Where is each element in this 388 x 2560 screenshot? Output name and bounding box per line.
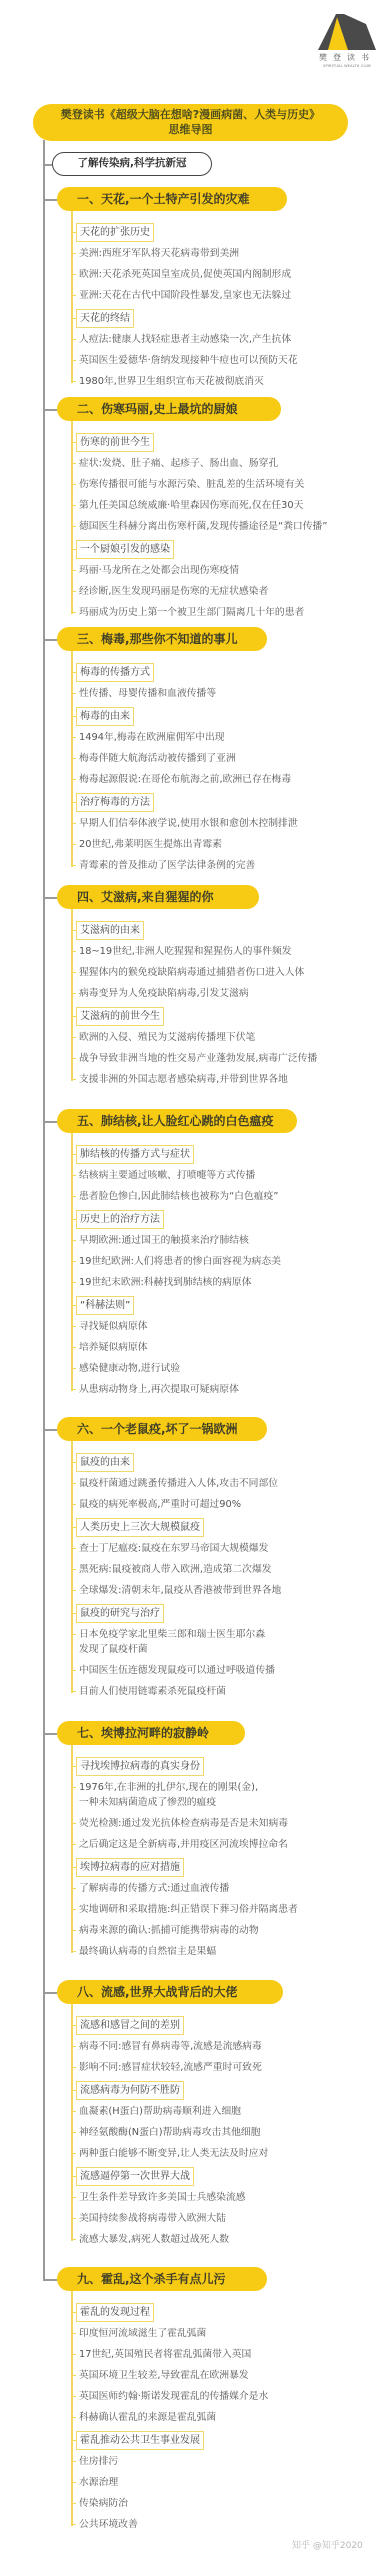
list-item: 从患病动物身上,再次提取可疑病原体 xyxy=(79,1382,239,1397)
subtopic-heading: 艾滋病的由来 xyxy=(76,921,144,940)
list-item: 日本免疫学家北里柴三郎和瑞士医生耶尔森 发现了鼠疫杆菌 xyxy=(79,1627,265,1657)
list-item: 亚洲:天花在古代中国阶段性暴发,皇家也无法躲过 xyxy=(79,288,291,303)
list-item: 两种蛋白能够不断变异,让人类无法及时应对 xyxy=(79,2146,268,2161)
list-item: 梅毒起源假说:在哥伦布航海之前,欧洲已存在梅毒 xyxy=(79,772,291,787)
list-item: 目前人们使用链霉素杀死鼠疫杆菌 xyxy=(79,1684,226,1699)
list-item: 黑死病:鼠疫被商人带入欧洲,造成第二次爆发 xyxy=(79,1562,272,1577)
section-branch-line xyxy=(71,2291,73,2526)
list-item: 19世纪末欧洲:科赫找到肺结核的病原体 xyxy=(79,1275,252,1290)
list-item: 培养疑似病原体 xyxy=(79,1340,148,1355)
list-item: 经诊断,医生发现玛丽是伤寒的无症状感染者 xyxy=(79,584,268,599)
list-item: 查士丁尼瘟疫:鼠疫在东罗马帝国大规模爆发 xyxy=(79,1541,268,1556)
section-title-9: 九、霍乱,这个杀手有点儿污 xyxy=(57,2267,267,2291)
mindmap-title: 樊登读书《超级大脑在想啥?漫画病菌、人类与历史》 思维导图 xyxy=(33,104,348,141)
section-title-4: 四、艾滋病,来自猩猩的你 xyxy=(57,885,259,909)
section-branch-line xyxy=(71,1133,73,1391)
list-item: 美洲:西班牙军队将天花病毒带到美洲 xyxy=(79,246,239,261)
subtopic-heading: 治疗梅毒的方法 xyxy=(76,793,154,812)
list-item: 梅毒伴随大航海活动被传播到了亚洲 xyxy=(79,751,236,766)
list-item: 实地调研和采取措施:纠正错误下葬习俗并隔离患者 xyxy=(79,1902,298,1917)
list-item: 病毒不同:感冒有鼻病毒等,流感是流感病毒 xyxy=(79,2039,262,2054)
list-item: 传染病防治 xyxy=(79,2496,128,2511)
list-item: 科赫确认霍乱的来源是霍乱弧菌 xyxy=(79,2410,216,2425)
list-item: 19世纪欧洲:人们将患者的惨白面容视为病态美 xyxy=(79,1254,281,1269)
list-item: 青霉素的普及推动了医学法律条例的完善 xyxy=(79,858,255,873)
subtitle-connector xyxy=(43,164,52,166)
list-item: 卫生条件差导致许多美国士兵感染流感 xyxy=(79,2190,246,2205)
list-item: 荧光检测:通过发光抗体检查病毒是否是未知病毒 xyxy=(79,1816,288,1831)
list-item: 中国医生伍连德发现鼠疫可以通过呼吸道传播 xyxy=(79,1663,275,1678)
section-branch-line xyxy=(71,421,73,614)
subtopic-heading: “科赫法则” xyxy=(76,1296,134,1315)
list-item: 感染健康动物,进行试验 xyxy=(79,1361,180,1376)
subtopic-heading: 霍乱推动公共卫生事业发展 xyxy=(76,2431,204,2450)
subtopic-heading: 霍乱的发现过程 xyxy=(76,2303,154,2322)
section-title-3: 三、梅毒,那些你不知道的事儿 xyxy=(57,627,267,651)
subtopic-heading: 梅毒的传播方式 xyxy=(76,663,154,682)
list-item: 英国医师约翰·斯诺发现霍乱的传播媒介是水 xyxy=(79,2389,268,2404)
list-item: 欧洲的入侵、殖民为艾滋病传播埋下伏笔 xyxy=(79,1030,255,1045)
list-item: 病毒变异为人免疫缺陷病毒,引发艾滋病 xyxy=(79,986,249,1001)
list-item: 1976年,在非洲的扎伊尔,现在的刚果(金), 一种未知病菌造成了惨烈的瘟疫 xyxy=(79,1780,258,1810)
list-item: 英国医生爱德华·詹纳发现接种牛痘也可以预防天花 xyxy=(79,353,298,368)
list-item: 17世纪,英国殖民者将霍乱弧菌带入英国 xyxy=(79,2347,251,2362)
mountain-logo-icon xyxy=(314,10,380,52)
list-item: 患者脸色惨白,因此肺结核也被称为“白色瘟疫” xyxy=(79,1189,278,1204)
list-item: 支援非洲的外国志愿者感染病毒,并带到世界各地 xyxy=(79,1072,288,1087)
list-item: 了解病毒的传播方式:通过血液传播 xyxy=(79,1881,229,1896)
main-branch-line xyxy=(43,140,45,2279)
list-item: 血凝素(H蛋白)帮助病毒顺利进入细胞 xyxy=(79,2104,241,2119)
subtopic-heading: 人类历史上三次大规模鼠疫 xyxy=(76,1518,204,1537)
list-item: 早期人们信奉体液学说,使用水银和愈创木控制排泄 xyxy=(79,816,298,831)
section-connector xyxy=(43,409,57,411)
section-branch-line xyxy=(71,1745,73,1953)
list-item: 住房排污 xyxy=(79,2454,118,2469)
subtopic-heading: 天花的终结 xyxy=(76,309,134,328)
list-item: 病毒来源的确认:抓捕可能携带病毒的动物 xyxy=(79,1923,259,1938)
subtopic-heading: 肺结核的传播方式与症状 xyxy=(76,1145,194,1164)
list-item: 德国医生科赫分离出伤寒杆菌,发现传播途径是“粪口传播” xyxy=(79,519,327,534)
list-item: 欧洲:天花杀死英国皇室成员,促使英国内阁制形成 xyxy=(79,267,291,282)
list-item: 影响不同:感冒症状较轻,流感严重时可致死 xyxy=(79,2060,262,2075)
section-title-2: 二、伤寒玛丽,史上最坑的厨娘 xyxy=(57,397,281,421)
section-title-8: 八、流感,世界大战背后的大佬 xyxy=(57,1980,283,2004)
list-item: 印度恒河流域滋生了霍乱弧菌 xyxy=(79,2326,206,2341)
section-branch-line xyxy=(71,651,73,867)
list-item: 之后确定这是全新病毒,并用疫区河流埃博拉命名 xyxy=(79,1837,288,1852)
list-item: 鼠疫的病死率极高,严重时可超过90% xyxy=(79,1497,241,1512)
section-title-7: 七、埃博拉河畔的寂静岭 xyxy=(57,1721,245,1745)
section-connector xyxy=(43,1429,57,1431)
list-item: 人痘法:健康人找轻症患者主动感染一次,产生抗体 xyxy=(79,332,291,347)
list-item: 20世纪,弗莱明医生提炼出青霉素 xyxy=(79,837,222,852)
section-connector xyxy=(43,897,57,899)
subtopic-heading: 伤寒的前世今生 xyxy=(76,433,154,452)
section-branch-line xyxy=(71,1441,73,1693)
list-item: 1494年,梅毒在欧洲雇佣军中出现 xyxy=(79,730,225,745)
subtopic-heading: 流感病毒为何防不胜防 xyxy=(76,2081,184,2100)
title-line-1: 樊登读书《超级大脑在想啥?漫画病菌、人类与历史》 xyxy=(33,107,348,122)
list-item: 1980年,世界卫生组织宣布天花被彻底消灭 xyxy=(79,374,264,389)
watermark: 知乎 @知乎2020 xyxy=(292,2538,363,2551)
subtitle-node: 了解传染病,科学抗新冠 xyxy=(52,152,212,176)
section-branch-line xyxy=(71,2004,73,2241)
list-item: 早期欧洲:通过国王的触摸来治疗肺结核 xyxy=(79,1233,249,1248)
list-item: 水源治理 xyxy=(79,2475,118,2490)
list-item: 伤寒传播很可能与水源污染、脏乱差的生活环境有关 xyxy=(79,477,304,492)
section-title-5: 五、肺结核,让人脸红心跳的白色瘟疫 xyxy=(57,1109,297,1133)
section-connector xyxy=(43,639,57,641)
list-item: 最终确认病毒的自然宿主是果蝠 xyxy=(79,1944,216,1959)
subtopic-heading: 寻找埃博拉病毒的真实身份 xyxy=(76,1757,204,1776)
section-branch-line xyxy=(71,211,73,383)
section-title-6: 六、一个老鼠疫,坏了一锅欧洲 xyxy=(57,1417,267,1441)
list-item: 玛丽·马龙所在之处都会出现伤寒疫情 xyxy=(79,563,239,578)
list-item: 全球爆发:清朝末年,鼠疫从香港被带到世界各地 xyxy=(79,1583,281,1598)
subtopic-heading: 流感逼停第一次世界大战 xyxy=(76,2167,194,2186)
section-connector xyxy=(43,1733,57,1735)
section-connector xyxy=(43,199,57,201)
subtopic-heading: 埃博拉病毒的应对措施 xyxy=(76,1858,184,1877)
subtopic-heading: 鼠疫的研究与治疗 xyxy=(76,1604,164,1623)
subtopic-heading: 流感和感冒之间的差别 xyxy=(76,2016,184,2035)
list-item: 流感大暴发,病死人数超过战死人数 xyxy=(79,2232,229,2247)
section-connector xyxy=(43,1121,57,1123)
brand-logo: 樊登读书 SPIRITUAL WEALTH CLUB xyxy=(314,10,380,74)
list-item: 18~19世纪,非洲人吃猩猩和猩猩伤人的事件频发 xyxy=(79,944,292,959)
list-item: 结核病主要通过咳嗽、打喷嚏等方式传播 xyxy=(79,1168,255,1183)
section-branch-line xyxy=(71,909,73,1081)
section-connector xyxy=(43,1992,57,1994)
list-item: 玛丽成为历史上第一个被卫生部门隔离几十年的患者 xyxy=(79,605,304,620)
logo-name-en: SPIRITUAL WEALTH CLUB xyxy=(314,64,380,68)
subtopic-heading: 历史上的治疗方法 xyxy=(76,1210,164,1229)
subtopic-heading: 梅毒的由来 xyxy=(76,707,134,726)
list-item: 第九任美国总统威廉·哈里森因伤寒而死,仅在任30天 xyxy=(79,498,303,513)
subtopic-heading: 鼠疫的由来 xyxy=(76,1453,134,1472)
list-item: 猩猩体内的猴免疫缺陷病毒通过捕猎者伤口进入人体 xyxy=(79,965,304,980)
list-item: 英国环境卫生较差,导致霍乱在欧洲暴发 xyxy=(79,2368,249,2383)
section-connector xyxy=(43,2279,57,2281)
section-title-1: 一、天花,一个土特产引发的灾难 xyxy=(57,187,287,211)
subtopic-heading: 一个厨娘引发的感染 xyxy=(76,540,174,559)
logo-name-cn: 樊登读书 xyxy=(314,52,380,63)
list-item: 症状:发烧、肚子痛、起疹子、肠出血、肠穿孔 xyxy=(79,456,278,471)
subtopic-heading: 天花的扩张历史 xyxy=(76,223,154,242)
list-item: 战争导致非洲当地的性交易产业蓬勃发展,病毒广泛传播 xyxy=(79,1051,317,1066)
title-line-2: 思维导图 xyxy=(33,122,348,137)
subtopic-heading: 艾滋病的前世今生 xyxy=(76,1007,164,1026)
list-item: 寻找疑似病原体 xyxy=(79,1319,148,1334)
list-item: 性传播、母婴传播和血液传播等 xyxy=(79,686,216,701)
list-item: 美国持续参战将病毒带入欧洲大陆 xyxy=(79,2211,226,2226)
list-item: 神经氨酸酶(N蛋白)帮助病毒攻击其他细胞 xyxy=(79,2125,261,2140)
list-item: 公共环境改善 xyxy=(79,2517,138,2532)
list-item: 鼠疫杆菌通过跳蚤传播进入人体,攻击不同部位 xyxy=(79,1476,278,1491)
